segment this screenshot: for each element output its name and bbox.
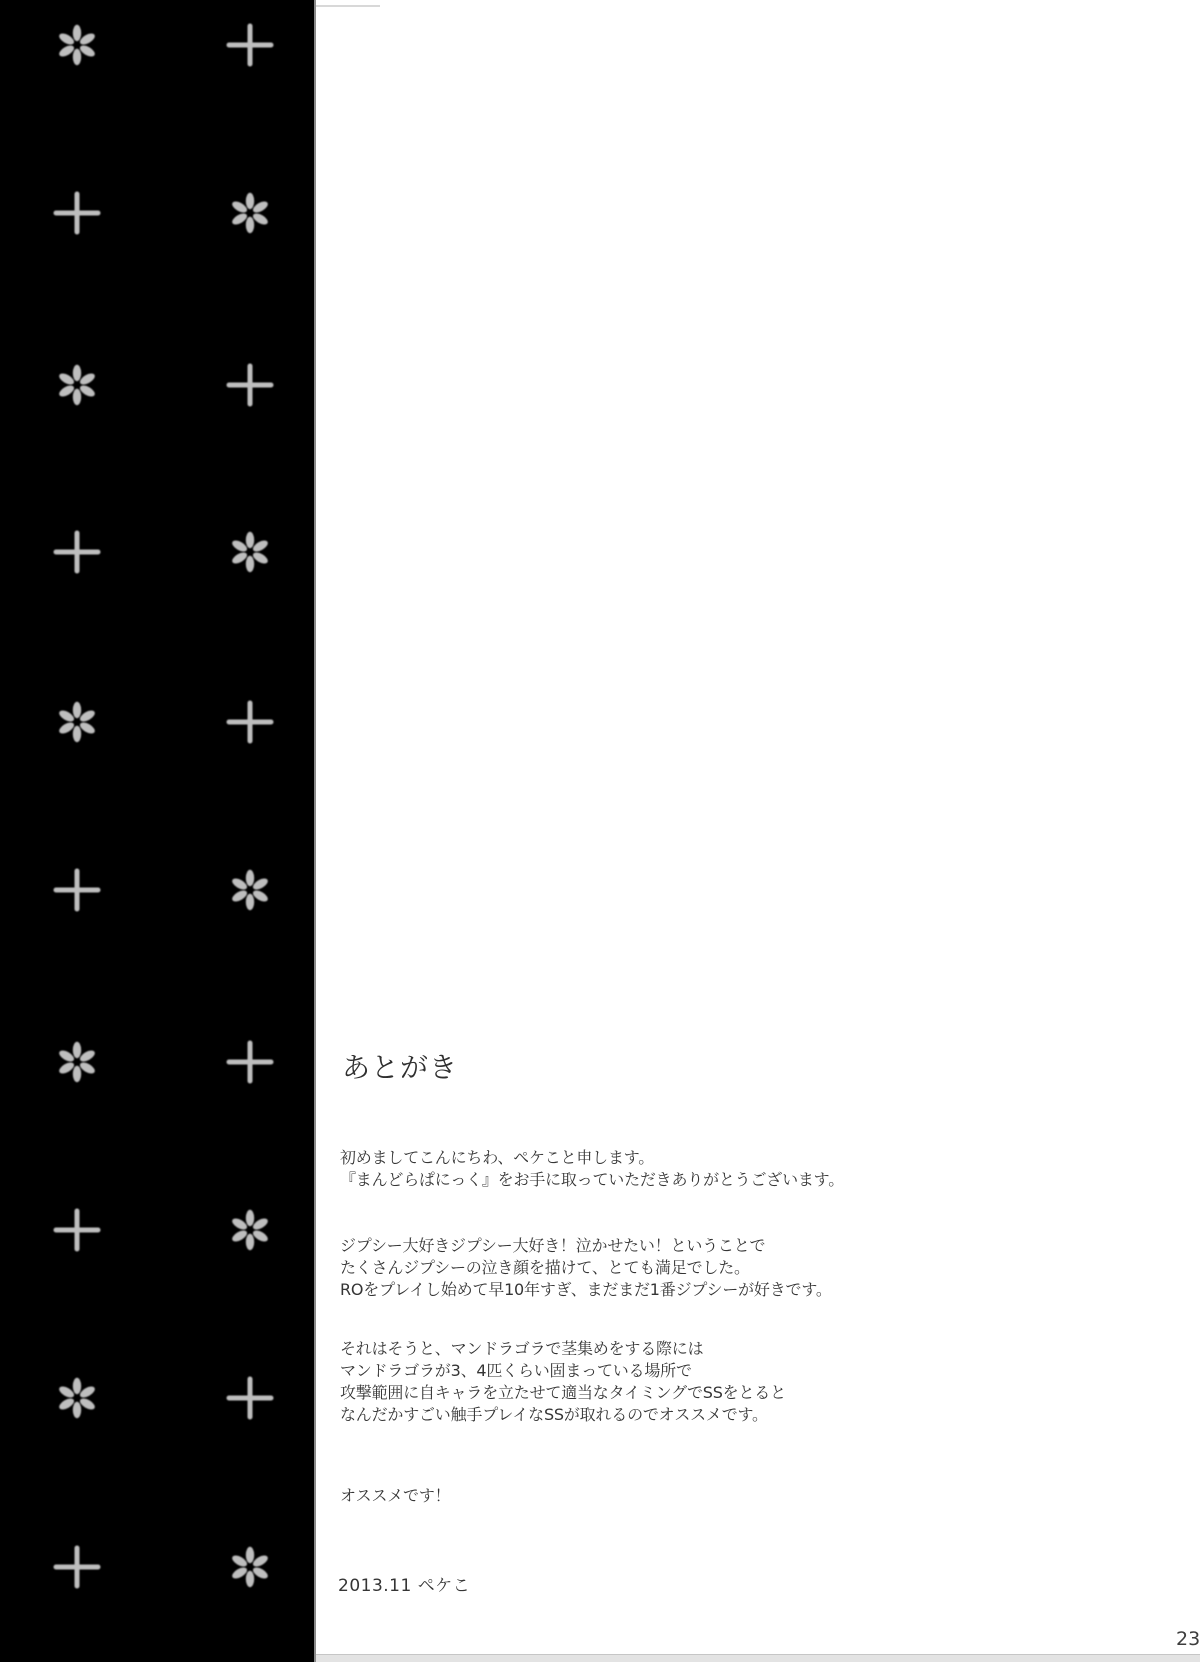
asterisk-icon xyxy=(57,363,97,407)
asterisk-icon xyxy=(230,191,270,235)
asterisk-icon xyxy=(230,1545,270,1589)
plus-icon xyxy=(53,191,101,235)
afterword-title: あとがき xyxy=(342,1053,458,1084)
plus-icon xyxy=(226,1376,274,1420)
page-bottom-edge xyxy=(316,1654,1200,1662)
afterword-page: あとがき 初めましてこんにちわ、ペケこと申します。 『まんどらぱにっく』をお手に… xyxy=(0,0,1200,1662)
gypsy-paragraph: ジプシー大好きジプシー大好き！泣かせたい！ということで たくさんジプシーの泣き顔… xyxy=(340,1235,832,1301)
plus-icon xyxy=(226,700,274,744)
asterisk-icon xyxy=(57,23,97,67)
asterisk-icon xyxy=(57,1040,97,1084)
date-signature: 2013.11 ペケこ xyxy=(338,1571,470,1596)
asterisk-icon xyxy=(230,868,270,912)
plus-icon xyxy=(53,1545,101,1589)
page-number: 23 xyxy=(1176,1628,1200,1650)
plus-icon xyxy=(53,1208,101,1252)
plus-icon xyxy=(226,363,274,407)
plus-icon xyxy=(53,530,101,574)
asterisk-icon xyxy=(57,700,97,744)
plus-icon xyxy=(226,1040,274,1084)
asterisk-icon xyxy=(230,1208,270,1252)
scan-artifact xyxy=(316,5,380,7)
asterisk-icon xyxy=(230,530,270,574)
decor-band xyxy=(0,0,316,1662)
asterisk-icon xyxy=(57,1376,97,1420)
greeting-paragraph: 初めましてこんにちわ、ペケこと申します。 『まんどらぱにっく』をお手に取っていた… xyxy=(340,1147,844,1191)
plus-icon xyxy=(53,868,101,912)
recommendation-line: オススメです！ xyxy=(340,1485,450,1507)
mandragora-tip-paragraph: それはそうと、マンドラゴラで茎集めをする際には マンドラゴラが3、4匹くらい固ま… xyxy=(340,1338,786,1426)
plus-icon xyxy=(226,23,274,67)
